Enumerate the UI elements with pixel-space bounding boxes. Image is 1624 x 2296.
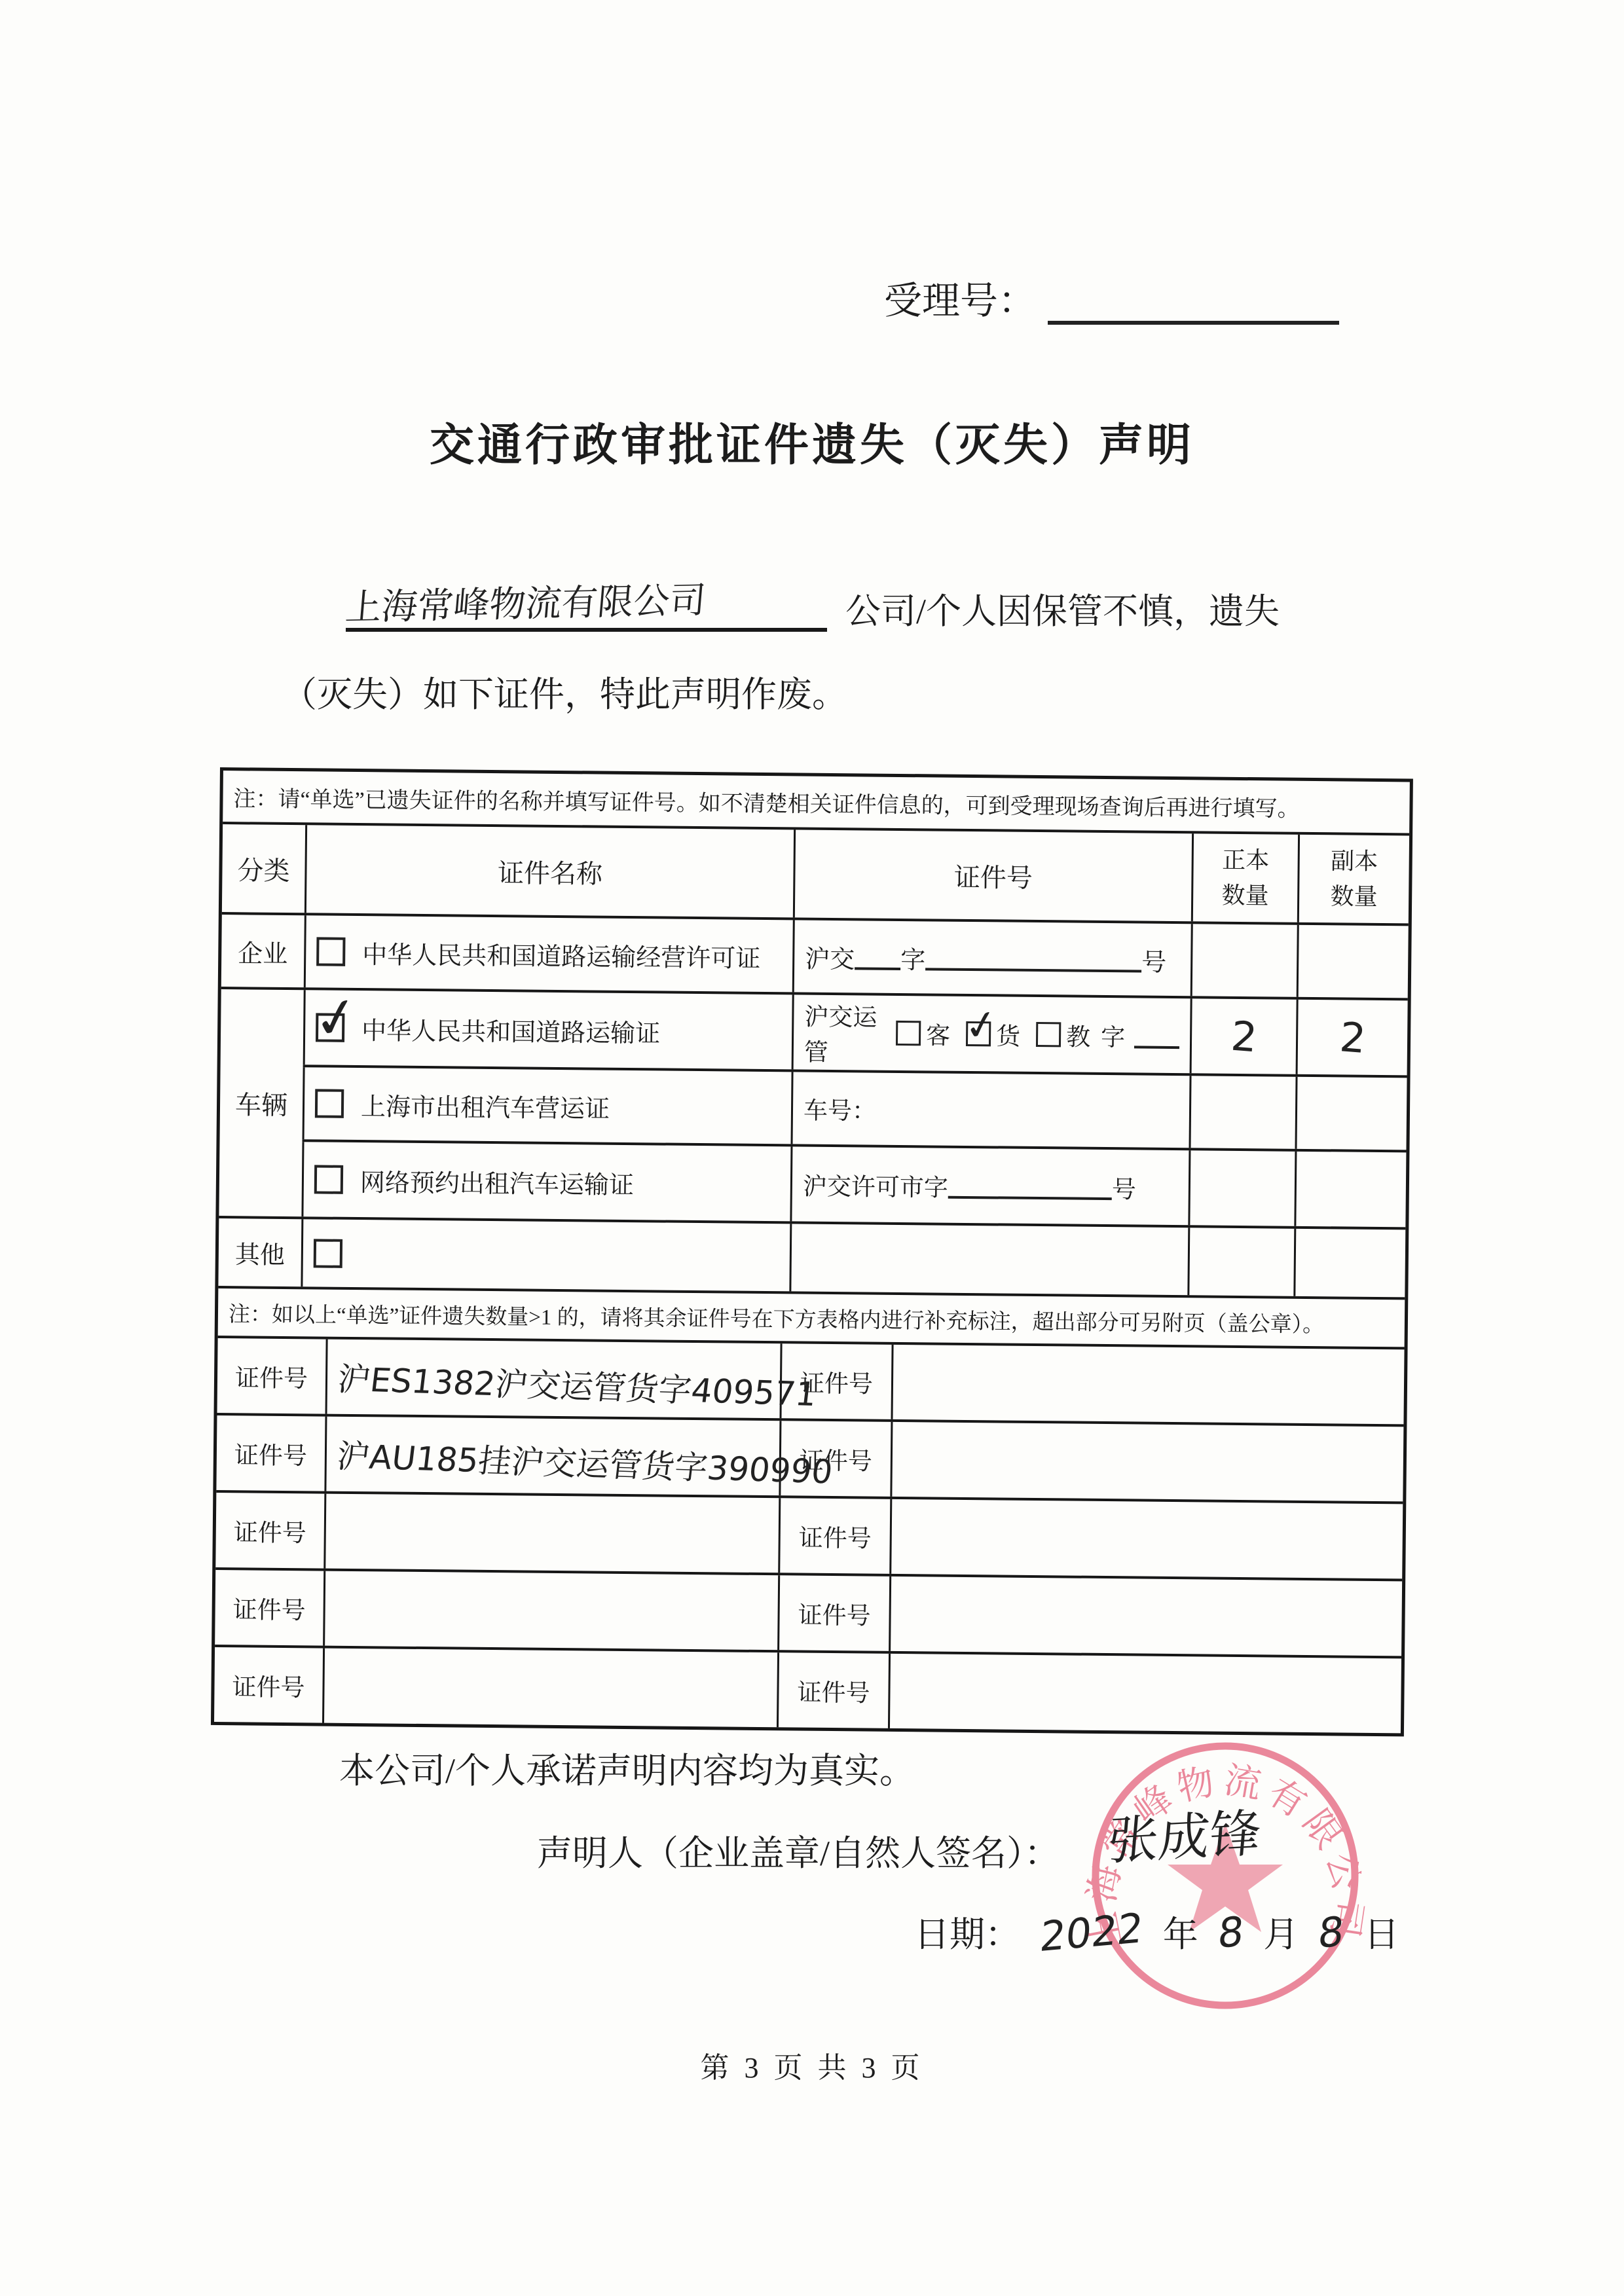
header-copy-count: 副本 数量 [1297,835,1409,924]
cell-copy-count [1295,1077,1407,1150]
header-original-line2: 数量 [1221,878,1269,914]
option-passenger-label: 客 [926,1015,951,1051]
row-enterprise: 企业 中华人民共和国道路运输经营许可证 沪交 字 号 [221,912,1409,998]
checkbox-online-taxi-cert[interactable] [314,1165,343,1194]
header-cert-number: 证件号 [793,829,1192,921]
cert-number-field-right[interactable] [889,1499,1403,1579]
handwritten-day: 8 [1316,1907,1346,1958]
cell-other-number [789,1224,1188,1295]
scanned-declaration-form: 受理号： 交通行政审批证件遗失（灭失）声明 上海常峰物流有限公司 公司/个人因保… [0,0,1624,2296]
cert-number-label-left: 证件号 [215,1493,324,1569]
option-training-label: 教 [1066,1017,1091,1052]
cell-original-count: 2 [1190,998,1297,1074]
cell-taxi-number: 车号： [791,1072,1190,1148]
number-prefix: 沪交许可市字 [803,1167,949,1203]
cell-original-count [1188,1150,1295,1226]
cert-number-label-left: 证件号 [216,1415,325,1491]
year-unit: 年 [1163,1906,1198,1957]
checkbox-training[interactable] [1036,1022,1061,1047]
date-label: 日期： [914,1906,1020,1957]
cell-taxi-name: 上海市出租汽车营运证 [303,1067,792,1144]
cert-number-field-right[interactable] [890,1422,1403,1502]
month-unit: 月 [1263,1906,1299,1957]
cell-other-name [301,1219,790,1291]
row-road-transport-cert: 中华人民共和国道路运输证 沪交运管 客 货 教 字 2 [303,990,1408,1075]
cert-number-field-left[interactable] [323,1571,778,1650]
page-number-footer: 第 3 页 共 3 页 [0,2044,1624,2086]
supplement-row: 证件号沪ES1382沪交运管货字409571证件号 [217,1336,1405,1424]
row-other: 其他 [218,1216,1405,1297]
row-taxi-cert: 上海市出租汽车营运证 车号： [303,1065,1407,1150]
header-original-line1: 正本 [1222,843,1270,879]
header-original-count: 正本 数量 [1191,833,1298,922]
day-unit: 日 [1364,1906,1399,1957]
checkbox-cargo-checked[interactable] [966,1021,991,1046]
signature-field[interactable]: 张成锋 [1108,1796,1261,1870]
checkbox-other[interactable] [314,1239,342,1267]
handwritten-cert-number: 沪AU185挂沪交运管货字390990 [335,1430,836,1493]
checkbox-passenger[interactable] [896,1021,921,1046]
header-category: 分类 [222,824,305,913]
cell-transport-name: 中华人民共和国道路运输证 [303,990,792,1069]
number-prefix: 沪交 [805,938,855,975]
cert-name-online-taxi-cert: 网络预约出租汽车运输证 [360,1162,635,1201]
handwritten-copy-count: 2 [1338,1013,1367,1063]
cert-number-label-left: 证件号 [214,1647,323,1723]
handwritten-original-count: 2 [1229,1011,1259,1061]
cert-number-field-left[interactable] [322,1649,777,1728]
document-title: 交通行政审批证件遗失（灭失）声明 [0,410,1624,473]
handwritten-signature: 张成锋 [1105,1793,1264,1874]
checkbox-taxi-cert[interactable] [315,1089,344,1118]
intro-line-1: 上海常峰物流有限公司 公司/个人因保管不慎，遗失 [346,575,1280,632]
cell-copy-count [1294,1152,1406,1228]
supplement-row: 证件号证件号 [214,1645,1401,1733]
vehicle-group: 车辆 中华人民共和国道路运输证 沪交运管 客 货 教 [219,987,1407,1227]
handwritten-month: 8 [1216,1907,1246,1958]
acceptance-number-label: 受理号： [884,270,1036,325]
acceptance-number-line: 受理号： [884,270,1339,325]
number-mid: 字 [1101,1017,1126,1053]
handwritten-cert-number: 沪ES1382沪交运管货字409571 [335,1353,820,1415]
cert-number-label-right: 证件号 [778,1498,890,1574]
header-copy-line2: 数量 [1330,879,1378,915]
closing-statement: 本公司/个人承诺声明内容均为真实。 [339,1743,915,1793]
number-prefix: 沪交运管 [804,997,881,1068]
cert-number-field-right[interactable] [891,1345,1404,1425]
cert-number-field-right[interactable] [888,1654,1401,1734]
number-mid: 字 [900,939,926,975]
checkbox-road-transport-license[interactable] [316,937,345,966]
acceptance-number-blank-field[interactable] [1048,283,1339,325]
header-copy-line1: 副本 [1331,843,1378,879]
handwritten-company-name: 上海常峰物流有限公司 [344,571,709,630]
cert-number-label-right: 证件号 [777,1652,889,1728]
checkbox-road-transport-cert-checked[interactable] [316,1013,344,1042]
company-seal-stamp: 上海常峰物流有限公司 [1084,1730,1366,2018]
cell-online-taxi-name: 网络预约出租汽车运输证 [301,1142,790,1221]
company-name-blank-field[interactable]: 上海常峰物流有限公司 [346,575,827,632]
certificates-table: 注：请“单选”已遗失证件的名称并填写证件号。如不清楚相关证件信息的，可到受理现场… [211,767,1413,1736]
declarant-label: 声明人（企业盖章/自然人签名）： [537,1825,1060,1876]
category-enterprise: 企业 [221,915,304,987]
number-suffix: 号 [1112,1169,1137,1205]
cell-transport-number: 沪交运管 客 货 教 字 [792,994,1190,1073]
cell-copy-count [1293,1229,1405,1298]
cell-copy-count: 2 [1296,1000,1408,1076]
intro-line-2: （灭失）如下证件，特此声明作废。 [282,666,847,717]
cell-online-taxi-number: 沪交许可市字 号 [790,1146,1189,1225]
cert-number-field-left[interactable]: 沪AU185挂沪交运管货字390990 [324,1417,779,1496]
cell-original-count [1189,1076,1295,1149]
cert-number-field-right[interactable] [889,1576,1402,1656]
date-line: 日期： 2022 年 8 月 8 日 [914,1906,1399,1957]
cert-name-road-transport-license: 中华人民共和国道路运输经营许可证 [362,934,761,974]
vehicle-number-label: 车号： [803,1091,877,1127]
intro-text-after-blank: 公司/个人因保管不慎，遗失 [845,591,1280,632]
cell-enterprise-name: 中华人民共和国道路运输经营许可证 [304,915,793,992]
number-suffix: 号 [1141,941,1167,977]
supplement-row: 证件号证件号 [215,1567,1402,1656]
cert-number-label-left: 证件号 [215,1570,323,1646]
number-blank-field[interactable] [855,943,900,970]
cert-number-field-left[interactable] [323,1494,779,1573]
cell-original-count [1187,1228,1294,1296]
cert-number-field-left[interactable]: 沪ES1382沪交运管货字409571 [325,1339,781,1419]
cert-name-road-transport-cert: 中华人民共和国道路运输证 [361,1010,661,1049]
number-blank-field[interactable] [948,1173,1112,1200]
table-header-row: 分类 证件名称 证件号 正本 数量 副本 数量 [222,822,1409,923]
supplement-row: 证件号沪AU185挂沪交运管货字390990证件号 [216,1413,1403,1501]
supplement-row: 证件号证件号 [215,1490,1403,1578]
number-blank-field[interactable] [1134,1022,1179,1049]
category-vehicle: 车辆 [219,989,303,1216]
handwritten-year: 2022 [1038,1904,1145,1961]
number-blank-field[interactable] [925,944,1141,972]
category-other: 其他 [218,1218,301,1286]
cert-number-label-left: 证件号 [217,1338,326,1414]
cert-name-taxi-cert: 上海市出租汽车营运证 [361,1086,610,1125]
header-cert-name: 证件名称 [304,825,794,917]
cell-original-count [1190,924,1297,997]
row-online-taxi-cert: 网络预约出租汽车运输证 沪交许可市字 号 [301,1139,1406,1227]
cert-number-label-right: 证件号 [777,1575,889,1651]
cell-enterprise-number: 沪交 字 号 [792,920,1191,996]
cell-copy-count [1297,925,1409,998]
